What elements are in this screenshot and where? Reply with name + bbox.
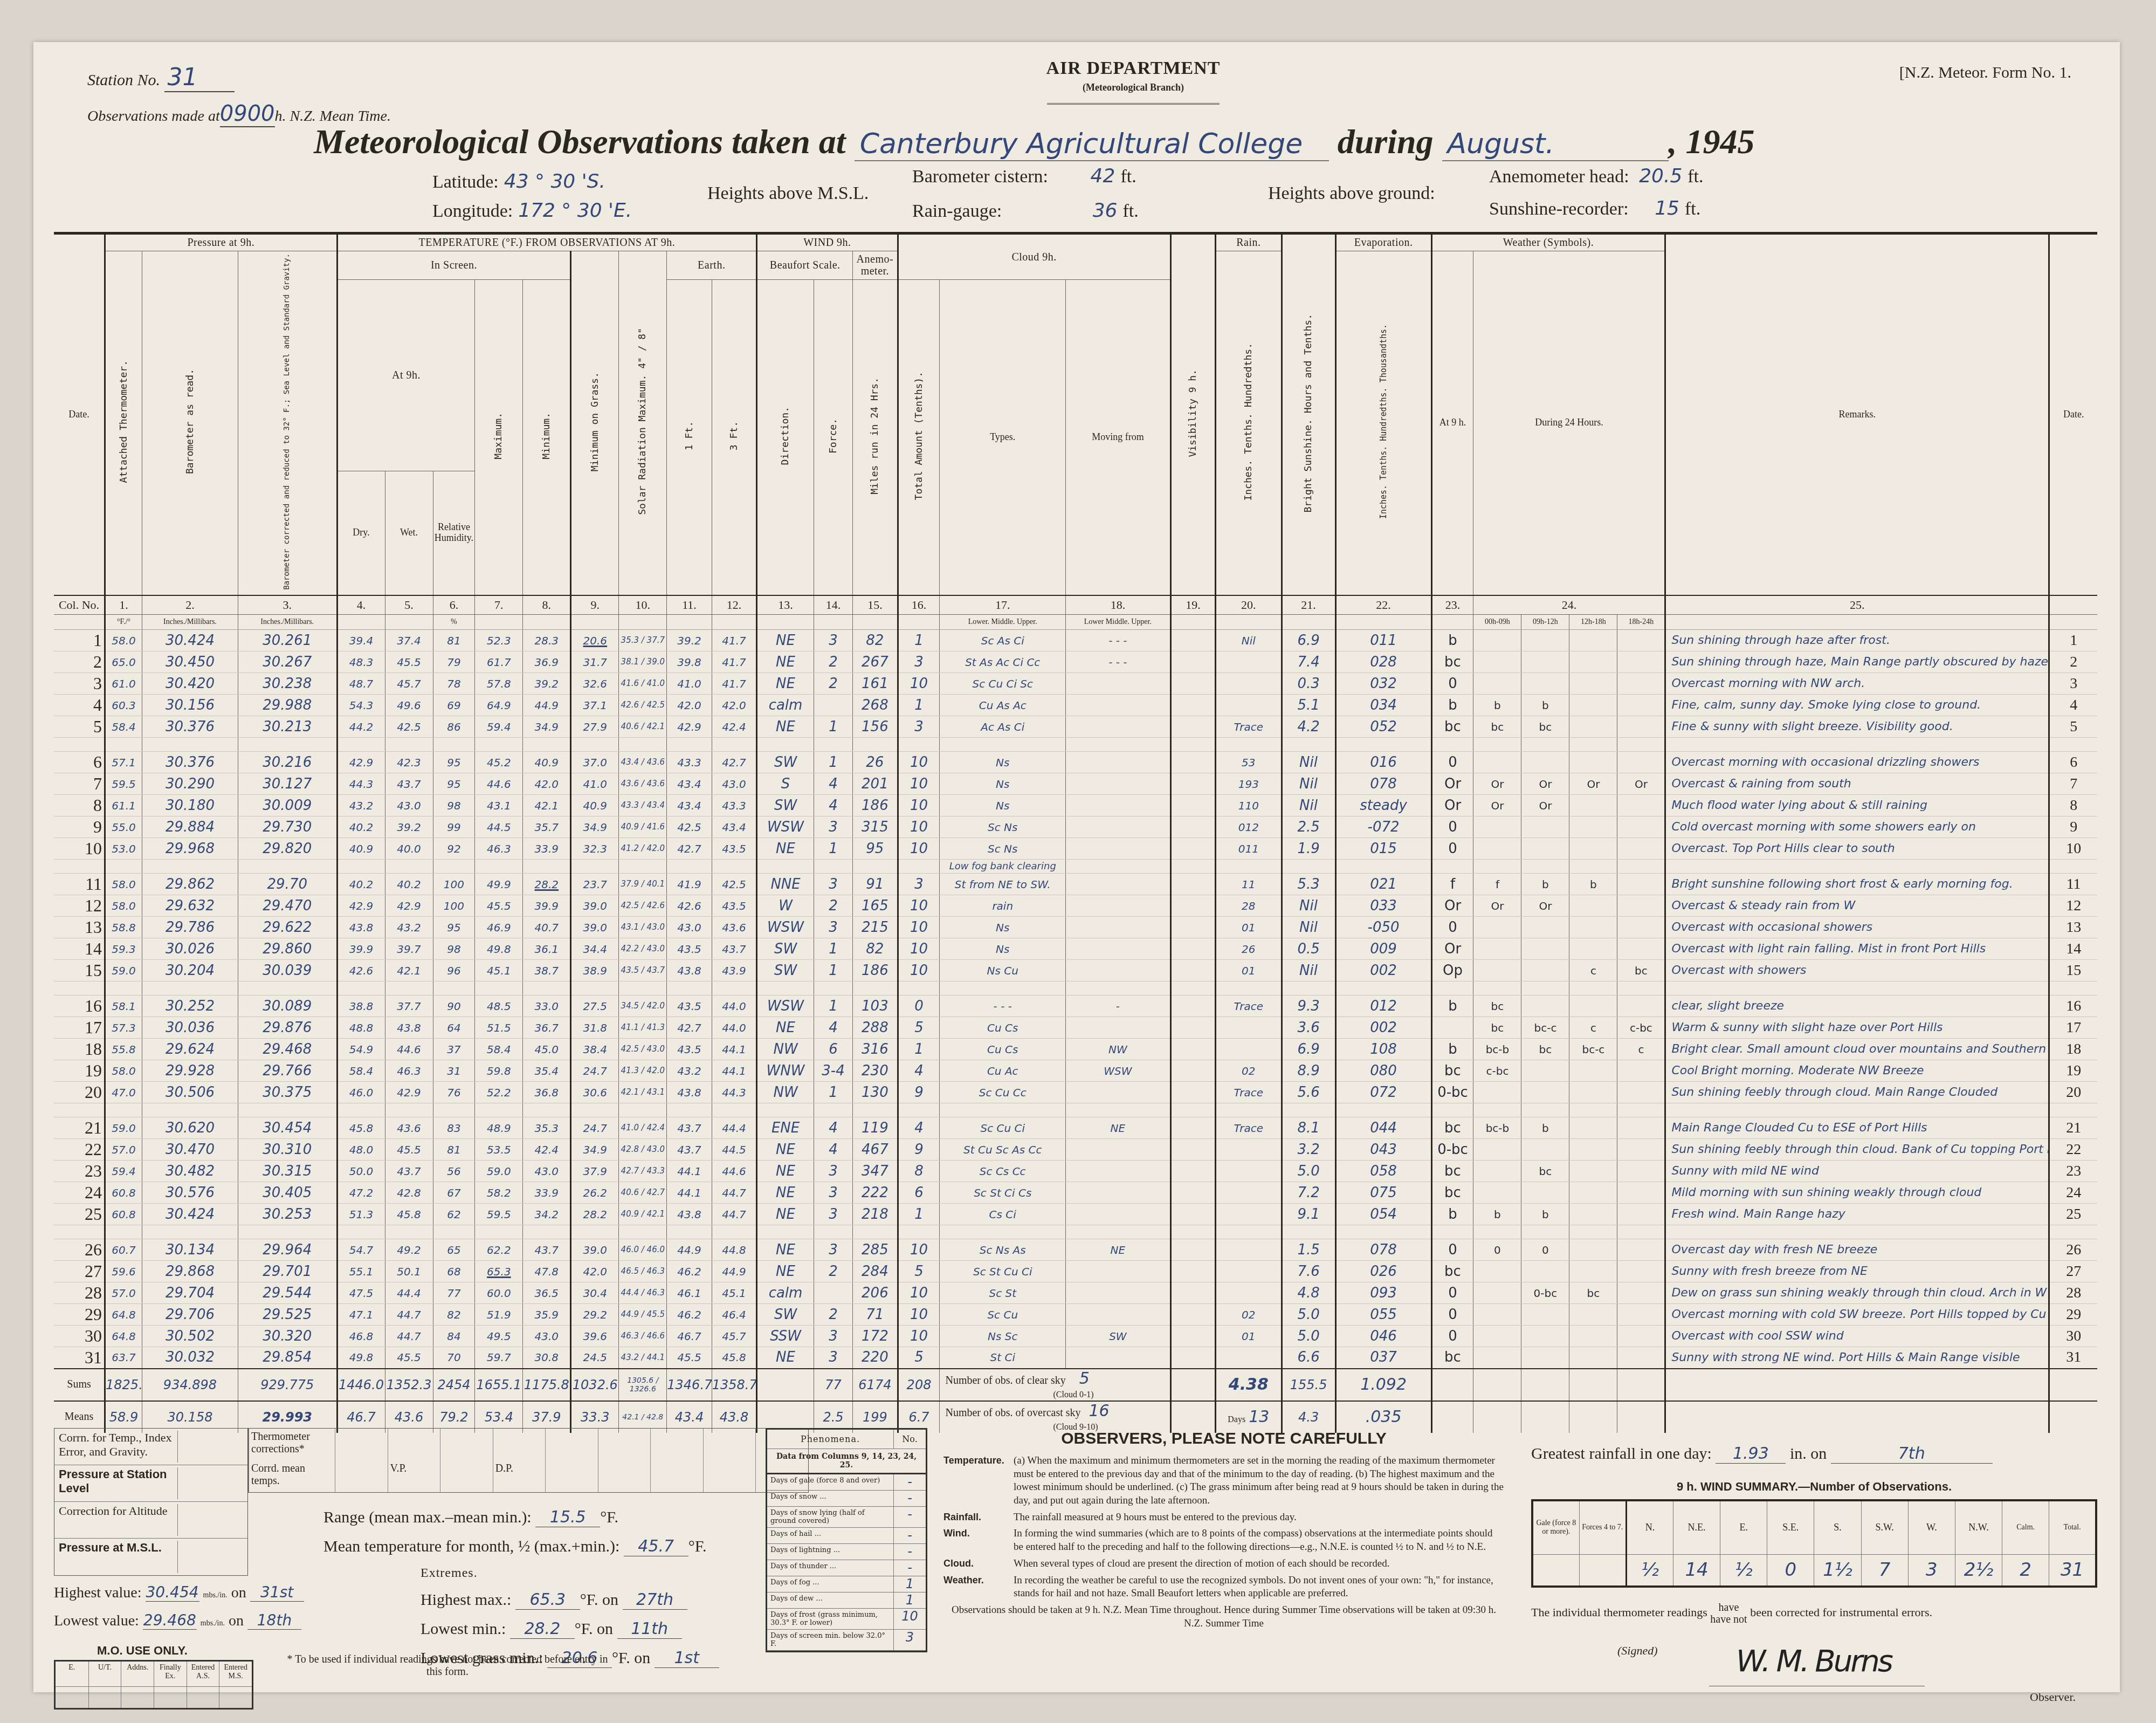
header-weather-24h: During 24 Hours. [1473, 251, 1665, 595]
observation-row: 2857.029.70429.54447.544.47760.036.530.4… [54, 1282, 2097, 1304]
cell-barc: 29.470 [238, 895, 337, 917]
cell-rh: 95 [433, 917, 475, 938]
cell-miles: 26 [853, 752, 898, 773]
observation-row: 2759.629.86829.70155.150.16865.347.842.0… [54, 1261, 2097, 1282]
cell-e3: 43.3 [712, 795, 756, 816]
cell-w2: Or [1521, 895, 1569, 917]
cell-max: 59.7 [475, 1347, 523, 1369]
cell-rh: 31 [433, 1060, 475, 1082]
cell-w1 [1473, 673, 1521, 695]
cell-w3: c [1569, 1017, 1617, 1039]
cell-w1: bc [1473, 716, 1521, 738]
cell-e3: 45.1 [712, 1282, 756, 1304]
cell-types: Cu Cs [940, 1039, 1066, 1060]
row-spacer: Low fog bank clearing [54, 860, 2097, 874]
cell-rh: 96 [433, 960, 475, 981]
cell-moving [1066, 752, 1171, 773]
cell-remarks: Overcast & steady rain from W [1665, 895, 2049, 917]
cell-moving: - - - [1066, 630, 1171, 651]
cell-w9: 0 [1431, 1326, 1473, 1347]
observation-row: 861.130.18030.00943.243.09843.142.140.94… [54, 795, 2097, 816]
cell-w2 [1521, 1060, 1569, 1082]
cell-sun: 1.9 [1282, 838, 1335, 860]
row-date-right: 1 [2049, 630, 2097, 651]
cell-dir: NE [757, 838, 814, 860]
row-date-right: 17 [2049, 1017, 2097, 1039]
lowest-min: Lowest min.: 28.2°F. on 11th [280, 1619, 809, 1639]
cell-miles: 130 [853, 1082, 898, 1103]
cell-min: 36.7 [523, 1017, 571, 1039]
cell-min: 35.7 [523, 816, 571, 838]
cell-vis [1170, 716, 1215, 738]
row-date-right: 18 [2049, 1039, 2097, 1060]
cell-types: Cu Cs [940, 1017, 1066, 1039]
cell-bar: 30.156 [142, 695, 238, 716]
cell-dir: W [757, 895, 814, 917]
cell-max: 49.5 [475, 1326, 523, 1347]
station-number-value: 31 [164, 64, 235, 92]
cell-w2: 0 [1521, 1239, 1569, 1261]
cell-w1 [1473, 1261, 1521, 1282]
cell-bar: 30.252 [142, 996, 238, 1017]
cell-vis [1170, 1117, 1215, 1139]
cell-dir: SW [757, 1304, 814, 1326]
cell-dir: WNW [757, 1060, 814, 1082]
cell-bar: 30.376 [142, 716, 238, 738]
header-cloud-amount: Total Amount (Tenths). [898, 280, 940, 595]
row-date-right: 24 [2049, 1182, 2097, 1204]
cell-w1 [1473, 651, 1521, 673]
heights-ground-label: Heights above ground: [1268, 183, 1435, 204]
cell-wet: 43.0 [385, 795, 433, 816]
cell-dry: 51.3 [337, 1204, 385, 1225]
cell-evap: 009 [1335, 938, 1431, 960]
cell-miles: 268 [853, 695, 898, 716]
cell-remarks: Sunny with mild NE wind [1665, 1161, 2049, 1182]
cell-sun: 0.3 [1282, 673, 1335, 695]
cell-e3: 43.5 [712, 895, 756, 917]
row-date: 27 [54, 1261, 105, 1282]
observation-row: 361.030.42030.23848.745.77857.839.232.64… [54, 673, 2097, 695]
header-beaufort: Beaufort Scale. [757, 251, 853, 280]
cell-min: 34.2 [523, 1204, 571, 1225]
observation-row: 1958.029.92829.76658.446.33159.835.424.7… [54, 1060, 2097, 1082]
cell-miles: 103 [853, 996, 898, 1017]
cell-force: 2 [814, 895, 852, 917]
note-section: Wind.In forming the wind summaries (whic… [943, 1527, 1504, 1554]
cell-e3: 44.6 [712, 1161, 756, 1182]
cell-max: 51.9 [475, 1304, 523, 1326]
cell-rain: Trace [1216, 1117, 1282, 1139]
header-wind-group: WIND 9h. [757, 234, 898, 251]
cell-remarks: Sun shining through haze, Main Range par… [1665, 651, 2049, 673]
cell-w3 [1569, 630, 1617, 651]
cell-grass: 30.4 [571, 1282, 619, 1304]
cell-wet: 43.6 [385, 1117, 433, 1139]
cell-barc: 30.213 [238, 716, 337, 738]
cell-w9: 0 [1431, 1304, 1473, 1326]
cell-w3 [1569, 1060, 1617, 1082]
cell-e3: 45.7 [712, 1326, 756, 1347]
cell-max: 52.3 [475, 630, 523, 651]
cell-dir: WSW [757, 917, 814, 938]
cell-w3 [1569, 1326, 1617, 1347]
cell-solar: 41.2 / 42.0 [619, 838, 667, 860]
cell-att: 57.0 [105, 1139, 142, 1161]
cell-wet: 44.6 [385, 1039, 433, 1060]
cell-w3 [1569, 1204, 1617, 1225]
cell-att: 59.3 [105, 938, 142, 960]
cell-rain: 012 [1216, 816, 1282, 838]
pressure-extremes: Highest value: 30.454 mbs./in. on 31st L… [54, 1574, 280, 1639]
cell-evap: 093 [1335, 1282, 1431, 1304]
cell-w9: b [1431, 996, 1473, 1017]
observation-row: 2660.730.13429.96454.749.26562.243.739.0… [54, 1239, 2097, 1261]
cell-wet: 44.4 [385, 1282, 433, 1304]
wind-summary-value: ½ [1626, 1554, 1673, 1587]
cell-miles: 95 [853, 838, 898, 860]
cell-wet: 45.8 [385, 1204, 433, 1225]
cell-e1: 42.7 [667, 1017, 712, 1039]
wind-summary-value: 31 [2049, 1554, 2096, 1587]
row-date: 5 [54, 716, 105, 738]
cell-e3: 43.4 [712, 816, 756, 838]
cell-w3 [1569, 1304, 1617, 1326]
cell-bar: 30.290 [142, 773, 238, 795]
observation-row: 1459.330.02629.86039.939.79849.836.134.4… [54, 938, 2097, 960]
row-date-right: 9 [2049, 816, 2097, 838]
cell-evap: 058 [1335, 1161, 1431, 1182]
bottom-section: Corrn. for Temp., Index Error, and Gravi… [54, 1428, 2097, 1687]
cell-remarks: Cold overcast morning with some showers … [1665, 816, 2049, 838]
cell-types: Cu Ac [940, 1060, 1066, 1082]
cell-remarks: Overcast with light rain falling. Mist i… [1665, 938, 2049, 960]
cell-w2: bc [1521, 716, 1569, 738]
row-date-right: 19 [2049, 1060, 2097, 1082]
cell-att: 60.3 [105, 695, 142, 716]
cell-bar: 30.482 [142, 1161, 238, 1182]
cell-max: 58.4 [475, 1039, 523, 1060]
phenomena-row: Days of lightning ...- [767, 1544, 926, 1560]
cell-grass: 32.6 [571, 673, 619, 695]
cell-vis [1170, 695, 1215, 716]
row-date-right: 8 [2049, 795, 2097, 816]
cell-dry: 47.5 [337, 1282, 385, 1304]
cell-types: Sc Cu Ci Sc [940, 673, 1066, 695]
cell-solar: 41.3 / 42.0 [619, 1060, 667, 1082]
cell-wet: 42.1 [385, 960, 433, 981]
cell-force: 4 [814, 773, 852, 795]
cell-sun: 2.5 [1282, 816, 1335, 838]
cell-max: 44.6 [475, 773, 523, 795]
header-weather-group: Weather (Symbols). [1431, 234, 1665, 251]
observations-body: 158.030.42430.26139.437.48152.328.320.63… [54, 630, 2097, 1369]
cell-rain [1216, 1182, 1282, 1204]
cell-remarks: Overcast & raining from south [1665, 773, 2049, 795]
cell-e1: 43.3 [667, 752, 712, 773]
cell-rain: 01 [1216, 960, 1282, 981]
cell-cloud: 10 [898, 1239, 940, 1261]
cell-w2 [1521, 1182, 1569, 1204]
cell-dry: 50.0 [337, 1161, 385, 1182]
cell-w4 [1617, 1326, 1665, 1347]
row-date-right: 30 [2049, 1326, 2097, 1347]
cell-miles: 71 [853, 1304, 898, 1326]
cell-w1: b [1473, 695, 1521, 716]
lowest-value: Lowest value: 29.468 mbs./in. on 18th [54, 1611, 280, 1630]
cell-bar: 29.884 [142, 816, 238, 838]
observation-row: 1053.029.96829.82040.940.09246.333.932.3… [54, 838, 2097, 860]
cell-vis [1170, 1182, 1215, 1204]
cell-sun: 5.6 [1282, 1082, 1335, 1103]
cell-evap: steady [1335, 795, 1431, 816]
extremes-title: Extremes. [280, 1566, 809, 1581]
cell-e1: 39.8 [667, 651, 712, 673]
header-miles-run: Miles run in 24 Hrs. [853, 280, 898, 595]
cell-cloud: 5 [898, 1017, 940, 1039]
observation-row: 265.030.45030.26748.345.57961.736.931.73… [54, 651, 2097, 673]
cell-min: 33.9 [523, 838, 571, 860]
cell-vis [1170, 960, 1215, 981]
cell-w2 [1521, 1326, 1569, 1347]
cell-att: 65.0 [105, 651, 142, 673]
cell-wet: 45.7 [385, 673, 433, 695]
cell-att: 58.0 [105, 630, 142, 651]
header-sunshine: Bright Sunshine. Hours and Tenths. [1282, 234, 1335, 595]
cell-dry: 45.8 [337, 1117, 385, 1139]
cell-rain [1216, 1347, 1282, 1369]
cell-w2 [1521, 673, 1569, 695]
cell-grass: 34.4 [571, 938, 619, 960]
cell-e1: 42.6 [667, 895, 712, 917]
wind-summary-header: N.W. [1955, 1500, 2002, 1554]
cell-types: Ns [940, 917, 1066, 938]
cell-moving [1066, 895, 1171, 917]
cell-rh: 81 [433, 1139, 475, 1161]
cell-max: 49.9 [475, 874, 523, 895]
cell-wet: 40.0 [385, 838, 433, 860]
cell-moving [1066, 1347, 1171, 1369]
cell-att: 58.8 [105, 917, 142, 938]
cell-barc: 29.766 [238, 1060, 337, 1082]
observer-notes: OBSERVERS, PLEASE NOTE CAREFULLY Tempera… [943, 1428, 1504, 1630]
thermometer-note: The individual thermometer readings have… [1531, 1602, 2097, 1625]
cell-bar: 30.204 [142, 960, 238, 981]
cell-dry: 42.9 [337, 752, 385, 773]
cell-w2 [1521, 996, 1569, 1017]
cell-vis [1170, 874, 1215, 895]
cell-e1: 43.5 [667, 1039, 712, 1060]
cell-moving [1066, 1204, 1171, 1225]
cell-max: 59.0 [475, 1161, 523, 1182]
cell-evap: 078 [1335, 773, 1431, 795]
cell-cloud: 10 [898, 773, 940, 795]
cell-evap: 028 [1335, 651, 1431, 673]
cell-min: 38.7 [523, 960, 571, 981]
cell-miles: 156 [853, 716, 898, 738]
cell-solar: 40.6 / 42.1 [619, 716, 667, 738]
cell-miles: 172 [853, 1326, 898, 1347]
cell-types: Sc Cu Cc [940, 1082, 1066, 1103]
cell-barc: 29.854 [238, 1347, 337, 1369]
cell-max: 43.1 [475, 795, 523, 816]
cell-miles: 206 [853, 1282, 898, 1304]
row-date-right: 11 [2049, 874, 2097, 895]
cell-force: 1 [814, 1082, 852, 1103]
cell-moving [1066, 1182, 1171, 1204]
header-remarks: Remarks. [1665, 234, 2049, 595]
cell-rh: 95 [433, 773, 475, 795]
cell-barc: 30.009 [238, 795, 337, 816]
cell-att: 59.4 [105, 1161, 142, 1182]
cell-bar: 29.928 [142, 1060, 238, 1082]
cell-moving [1066, 1282, 1171, 1304]
cell-barc: 29.701 [238, 1261, 337, 1282]
cell-force [814, 1282, 852, 1304]
cell-sun: 7.4 [1282, 651, 1335, 673]
cell-grass: 38.4 [571, 1039, 619, 1060]
row-date-right: 14 [2049, 938, 2097, 960]
observation-row: 1658.130.25230.08938.837.79048.533.027.5… [54, 996, 2097, 1017]
cell-solar: 37.9 / 40.1 [619, 874, 667, 895]
cell-w1 [1473, 1082, 1521, 1103]
cell-sun: 9.3 [1282, 996, 1335, 1017]
header-evap-cols: Inches. Tenths. Hundredths. Thousandths. [1335, 251, 1431, 595]
phenomena-row: Days of dew ...1 [767, 1592, 926, 1609]
cell-vis [1170, 938, 1215, 960]
row-date: 24 [54, 1182, 105, 1204]
cell-e1: 41.0 [667, 673, 712, 695]
anemometer-head: Anemometer head: 20.5ft. [1489, 165, 1704, 187]
cell-miles: 82 [853, 938, 898, 960]
mo-use-only-box: E. U/T. Addns. Finally Ex. Entered A.S. … [54, 1660, 253, 1710]
cell-vis [1170, 1161, 1215, 1182]
cell-vis [1170, 1347, 1215, 1369]
cell-w1 [1473, 1304, 1521, 1326]
cell-cloud: 1 [898, 630, 940, 651]
row-date: 8 [54, 795, 105, 816]
cell-evap: 052 [1335, 716, 1431, 738]
cell-w9: 0-bc [1431, 1082, 1473, 1103]
row-date: 10 [54, 838, 105, 860]
cell-rain: 02 [1216, 1060, 1282, 1082]
cell-vis [1170, 1060, 1215, 1082]
cell-wet: 43.2 [385, 917, 433, 938]
cell-bar: 30.376 [142, 752, 238, 773]
wind-summary-header: S.E. [1767, 1500, 1814, 1554]
cell-w3 [1569, 1082, 1617, 1103]
observation-time-value: 0900 [220, 101, 275, 127]
cell-w2: bc [1521, 1161, 1569, 1182]
phenomena-row: Days of fog ...1 [767, 1576, 926, 1592]
cell-w4 [1617, 938, 1665, 960]
row-date: 3 [54, 673, 105, 695]
cell-dir: NE [757, 1204, 814, 1225]
cell-evap: 021 [1335, 874, 1431, 895]
cell-max: 48.9 [475, 1117, 523, 1139]
cell-wet: 50.1 [385, 1261, 433, 1282]
cell-w4 [1617, 1282, 1665, 1304]
cell-cloud: 10 [898, 752, 940, 773]
cell-e1: 44.1 [667, 1182, 712, 1204]
cell-miles: 215 [853, 917, 898, 938]
mean-temperature: Mean temperature for month, ½ (max.+min.… [280, 1537, 809, 1556]
cell-w2: Or [1521, 773, 1569, 795]
row-date-right: 21 [2049, 1117, 2097, 1139]
cell-vis [1170, 1204, 1215, 1225]
cell-e3: 43.6 [712, 917, 756, 938]
cell-force: 3 [814, 816, 852, 838]
header-rain-cols: Inches. Tenths. Hundredths. [1216, 251, 1282, 595]
cell-miles: 467 [853, 1139, 898, 1161]
cell-vis [1170, 917, 1215, 938]
cell-solar: 38.1 / 39.0 [619, 651, 667, 673]
row-date: 13 [54, 917, 105, 938]
header-rain-group: Rain. [1216, 234, 1282, 251]
cell-w2 [1521, 1261, 1569, 1282]
cell-att: 58.0 [105, 874, 142, 895]
cell-barc: 30.216 [238, 752, 337, 773]
cell-w9: b [1431, 1204, 1473, 1225]
cell-cloud: 3 [898, 651, 940, 673]
cell-w2 [1521, 960, 1569, 981]
cell-rh: 83 [433, 1117, 475, 1139]
row-date: 29 [54, 1304, 105, 1326]
cell-cloud: 10 [898, 1304, 940, 1326]
cell-solar: 41.6 / 41.0 [619, 673, 667, 695]
cell-evap: 032 [1335, 673, 1431, 695]
cell-cloud: 1 [898, 1039, 940, 1060]
cell-e3: 44.1 [712, 1039, 756, 1060]
cell-bar: 30.576 [142, 1182, 238, 1204]
cell-w2 [1521, 938, 1569, 960]
cell-w4 [1617, 1117, 1665, 1139]
cell-evap: 002 [1335, 960, 1431, 981]
cell-e3: 43.7 [712, 938, 756, 960]
cell-w3: b [1569, 874, 1617, 895]
header-anemometer: Anemo-meter. [853, 251, 898, 280]
cell-miles: 186 [853, 795, 898, 816]
cell-wet: 46.3 [385, 1060, 433, 1082]
cell-w3 [1569, 673, 1617, 695]
wind-summary-value: 3 [1908, 1554, 1955, 1587]
cell-moving [1066, 1082, 1171, 1103]
cell-w4 [1617, 1304, 1665, 1326]
cell-min: 34.9 [523, 716, 571, 738]
cell-evap: 054 [1335, 1204, 1431, 1225]
cell-w3 [1569, 816, 1617, 838]
row-date-right: 20 [2049, 1082, 2097, 1103]
cell-miles: 347 [853, 1161, 898, 1182]
cell-evap: 080 [1335, 1060, 1431, 1082]
cell-w1: c-bc [1473, 1060, 1521, 1082]
cell-e3: 44.0 [712, 996, 756, 1017]
cell-w3: c [1569, 960, 1617, 981]
cell-moving: SW [1066, 1326, 1171, 1347]
cell-e3: 46.4 [712, 1304, 756, 1326]
cell-min: 43.0 [523, 1326, 571, 1347]
cell-w1: Or [1473, 773, 1521, 795]
cell-grass: 20.6 [571, 630, 619, 651]
header-at-9h: At 9h. [337, 280, 475, 471]
cell-moving [1066, 1017, 1171, 1039]
row-date: 14 [54, 938, 105, 960]
cell-remarks: Sun shining through haze after frost. [1665, 630, 2049, 651]
cell-w1 [1473, 1282, 1521, 1304]
cell-e1: 43.5 [667, 996, 712, 1017]
wind-summary-value: 2 [2002, 1554, 2049, 1587]
signature-block: (Signed) W. M. Burns Observer. [1531, 1644, 2097, 1698]
